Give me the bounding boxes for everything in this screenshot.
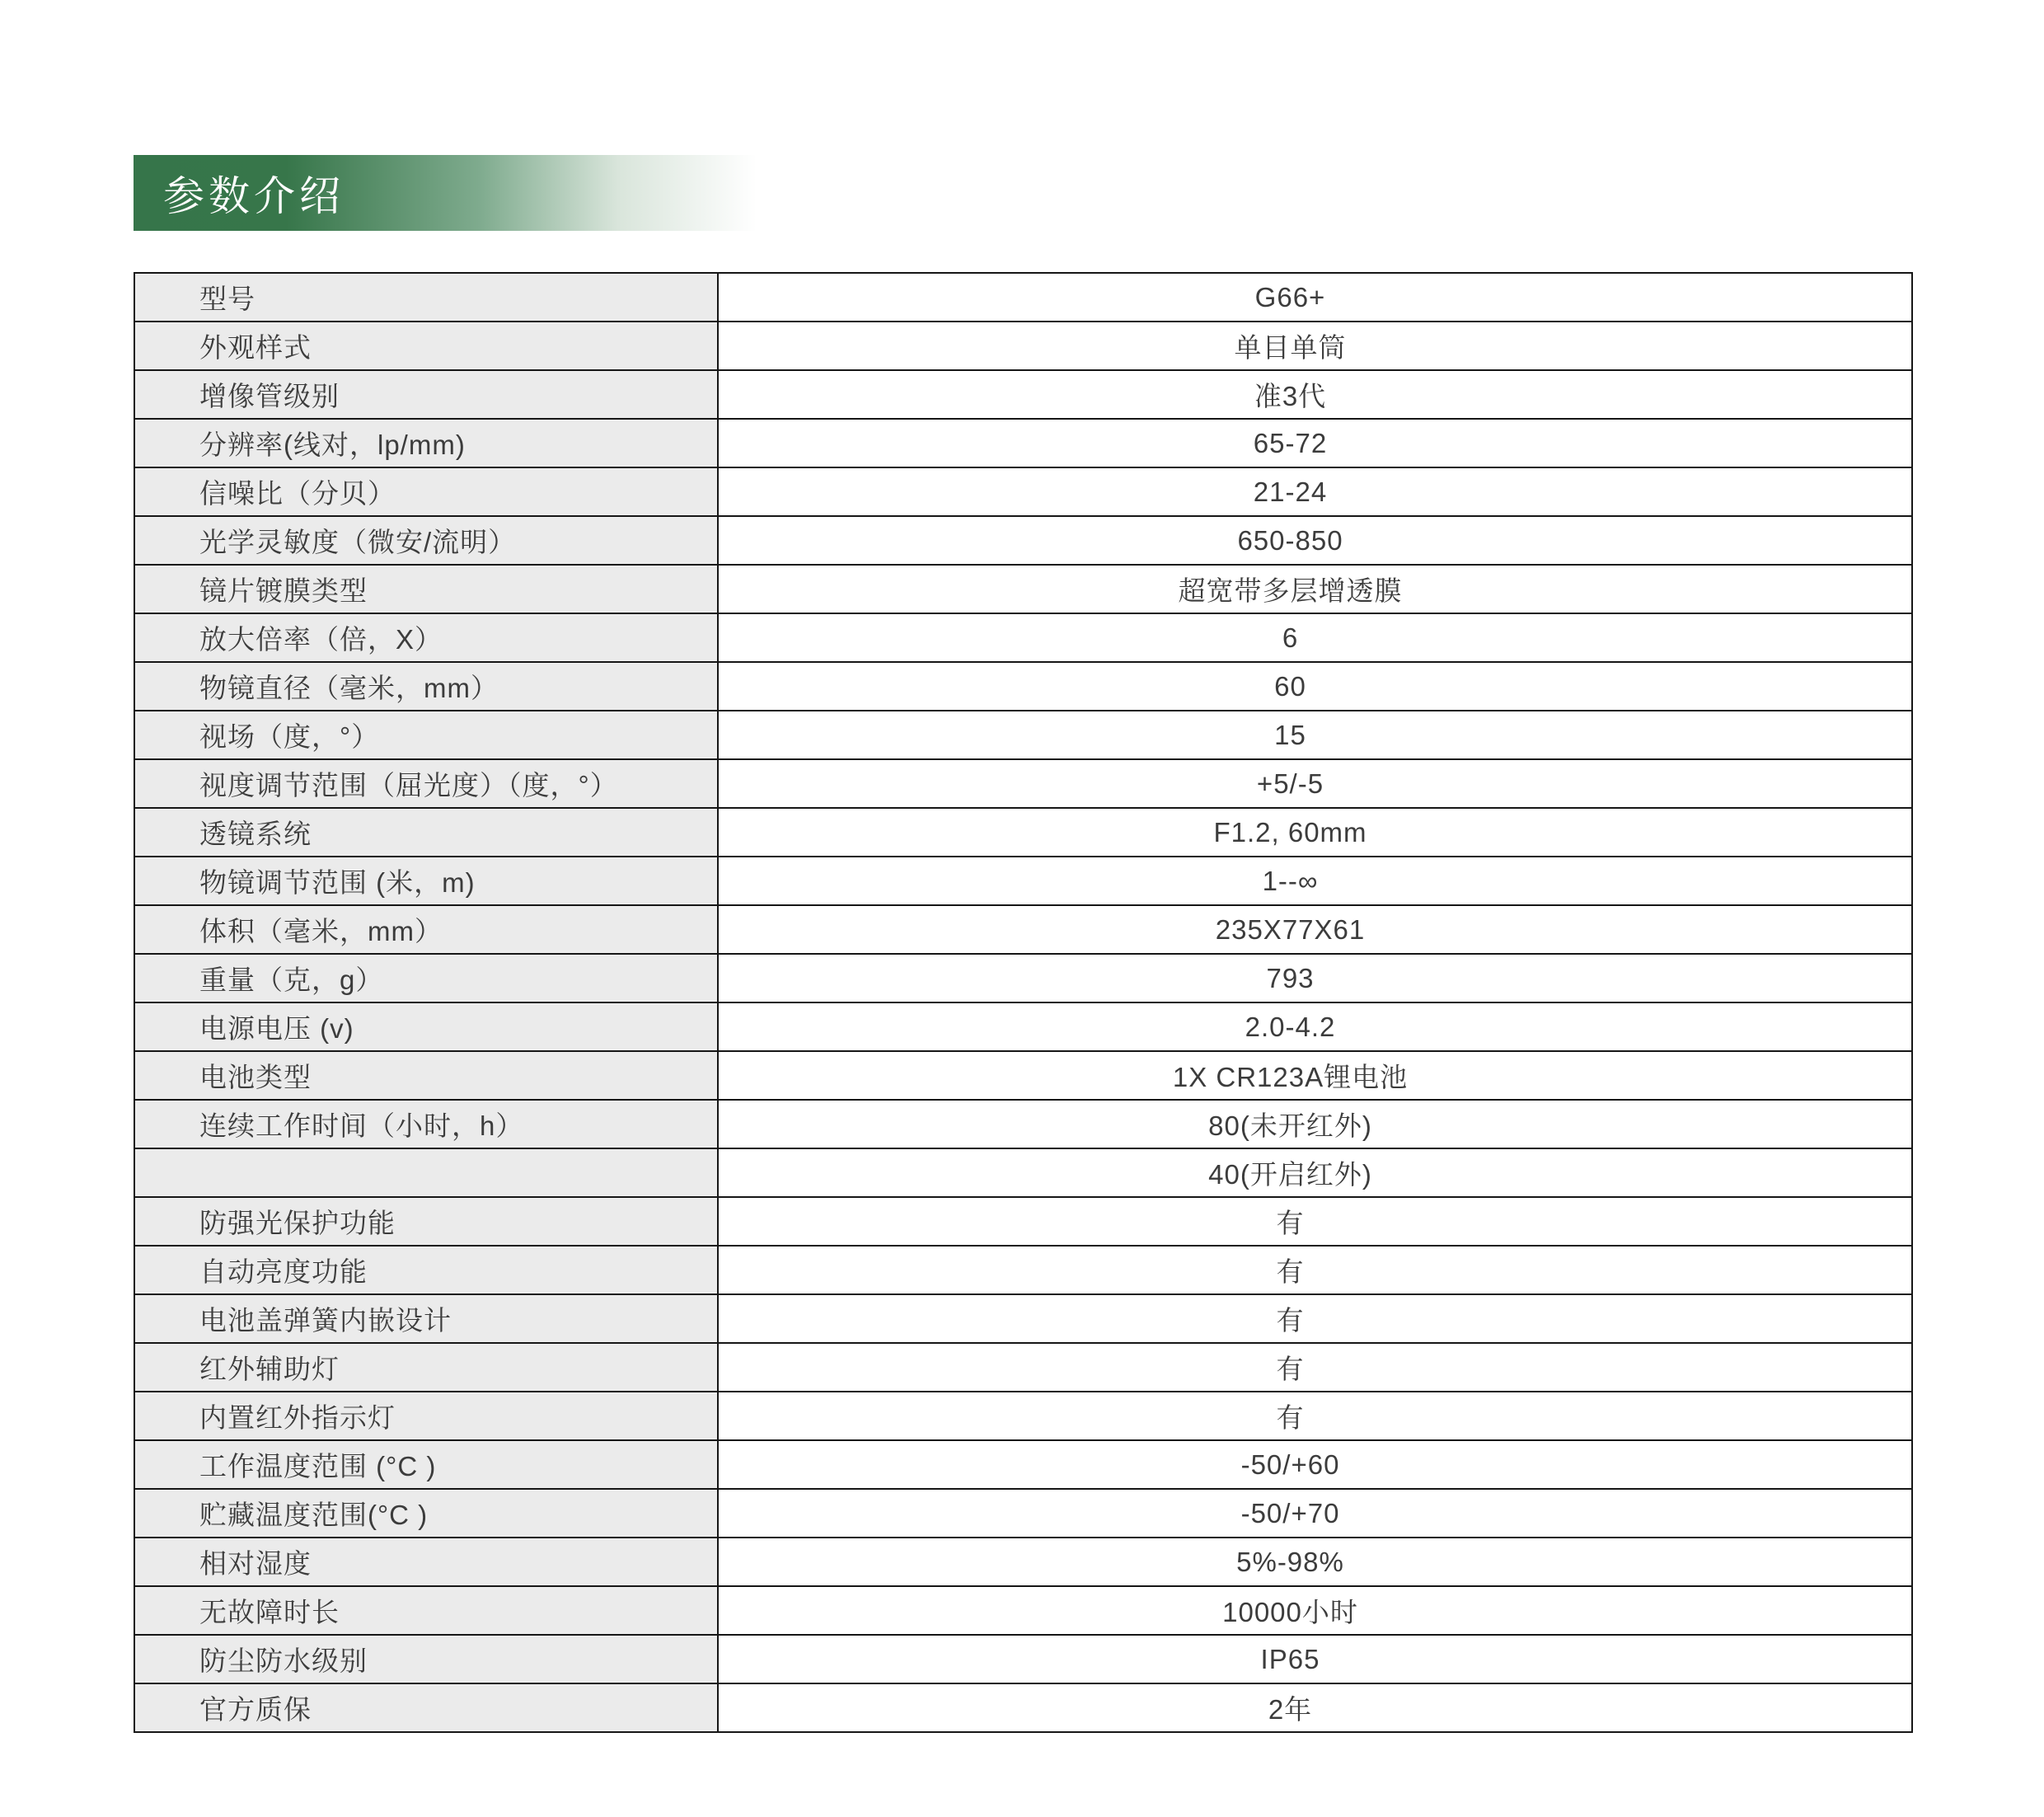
param-name-cell: 防尘防水级别 [134, 1635, 718, 1683]
param-value-cell: 有 [718, 1294, 1912, 1343]
param-value-cell: 80(未开红外) [718, 1100, 1912, 1148]
param-name-cell: 增像管级别 [134, 370, 718, 419]
param-value-cell: 2年 [718, 1683, 1912, 1732]
param-value-cell: 有 [718, 1343, 1912, 1392]
param-value-cell: 10000小时 [718, 1586, 1912, 1635]
spec-row: 贮藏温度范围(°C ) -50/+70 [134, 1489, 1912, 1538]
spec-row: 物镜调节范围 (米，m) 1--∞ [134, 857, 1912, 905]
param-value-cell: 5%-98% [718, 1538, 1912, 1586]
param-value-cell: 有 [718, 1197, 1912, 1246]
param-value-cell: F1.2, 60mm [718, 808, 1912, 857]
param-name-cell: 视度调节范围（屈光度）（度，°） [134, 759, 718, 808]
param-name-cell: 官方质保 [134, 1683, 718, 1732]
param-value-cell: G66+ [718, 273, 1912, 322]
spec-row: 物镜直径（毫米，mm） 60 [134, 662, 1912, 711]
spec-row: 分辨率(线对，lp/mm) 65-72 [134, 419, 1912, 467]
param-name-cell: 光学灵敏度（微安/流明） [134, 516, 718, 565]
param-value-cell: 有 [718, 1246, 1912, 1294]
spec-row: 自动亮度功能 有 [134, 1246, 1912, 1294]
param-name-cell: 贮藏温度范围(°C ) [134, 1489, 718, 1538]
param-name-cell: 电池类型 [134, 1051, 718, 1100]
param-value-cell: 650-850 [718, 516, 1912, 565]
spec-row: 工作温度范围 (°C ) -50/+60 [134, 1440, 1912, 1489]
spec-row: 电源电压 (v) 2.0-4.2 [134, 1002, 1912, 1051]
param-name-cell: 型号 [134, 273, 718, 322]
param-value-cell: 40(开启红外) [718, 1148, 1912, 1197]
param-name-cell: 物镜直径（毫米，mm） [134, 662, 718, 711]
param-name-cell: 透镜系统 [134, 808, 718, 857]
section-header-banner: 参数介绍 [134, 155, 826, 231]
spec-row: 相对湿度 5%-98% [134, 1538, 1912, 1586]
section-title: 参数介绍 [163, 163, 345, 223]
param-name-cell: 无故障时长 [134, 1586, 718, 1635]
param-name-cell: 连续工作时间（小时，h） [134, 1100, 718, 1148]
param-value-cell: -50/+60 [718, 1440, 1912, 1489]
param-value-cell: 超宽带多层增透膜 [718, 565, 1912, 613]
param-name-cell: 视场（度，°） [134, 711, 718, 759]
param-value-cell: 1X CR123A锂电池 [718, 1051, 1912, 1100]
spec-row: 外观样式 单目单筒 [134, 322, 1912, 370]
param-name-cell: 防强光保护功能 [134, 1197, 718, 1246]
param-value-cell: 235X77X61 [718, 905, 1912, 954]
spec-row: 防强光保护功能 有 [134, 1197, 1912, 1246]
spec-row: 防尘防水级别 IP65 [134, 1635, 1912, 1683]
param-value-cell: 2.0-4.2 [718, 1002, 1912, 1051]
spec-row: 体积（毫米，mm） 235X77X61 [134, 905, 1912, 954]
param-value-cell: IP65 [718, 1635, 1912, 1683]
param-name-cell: 自动亮度功能 [134, 1246, 718, 1294]
spec-row: 视度调节范围（屈光度）（度，°） +5/-5 [134, 759, 1912, 808]
param-value-cell: 有 [718, 1392, 1912, 1440]
spec-row: 40(开启红外) [134, 1148, 1912, 1197]
spec-row: 信噪比（分贝） 21-24 [134, 467, 1912, 516]
param-value-cell: 21-24 [718, 467, 1912, 516]
param-name-cell: 工作温度范围 (°C ) [134, 1440, 718, 1489]
param-value-cell: 6 [718, 613, 1912, 662]
param-value-cell: 1--∞ [718, 857, 1912, 905]
param-value-cell: 15 [718, 711, 1912, 759]
spec-row: 电池盖弹簧内嵌设计 有 [134, 1294, 1912, 1343]
param-name-cell: 电源电压 (v) [134, 1002, 718, 1051]
spec-row: 镜片镀膜类型 超宽带多层增透膜 [134, 565, 1912, 613]
spec-row: 增像管级别 准3代 [134, 370, 1912, 419]
param-name-cell: 电池盖弹簧内嵌设计 [134, 1294, 718, 1343]
param-name-cell: 相对湿度 [134, 1538, 718, 1586]
spec-table: 型号 G66+ 外观样式 单目单筒 增像管级别 准3代 分辨率(线对，lp/mm… [134, 272, 1913, 1733]
param-value-cell: -50/+70 [718, 1489, 1912, 1538]
spec-row: 型号 G66+ [134, 273, 1912, 322]
param-value-cell: 793 [718, 954, 1912, 1002]
param-name-cell: 红外辅助灯 [134, 1343, 718, 1392]
param-name-cell: 内置红外指示灯 [134, 1392, 718, 1440]
param-value-cell: 准3代 [718, 370, 1912, 419]
spec-row: 官方质保 2年 [134, 1683, 1912, 1732]
param-name-cell [134, 1148, 718, 1197]
param-name-cell: 重量（克，g） [134, 954, 718, 1002]
param-name-cell: 分辨率(线对，lp/mm) [134, 419, 718, 467]
spec-row: 视场（度，°） 15 [134, 711, 1912, 759]
param-value-cell: +5/-5 [718, 759, 1912, 808]
spec-row: 重量（克，g） 793 [134, 954, 1912, 1002]
spec-row: 内置红外指示灯 有 [134, 1392, 1912, 1440]
param-name-cell: 物镜调节范围 (米，m) [134, 857, 718, 905]
param-name-cell: 信噪比（分贝） [134, 467, 718, 516]
param-name-cell: 放大倍率（倍，X） [134, 613, 718, 662]
spec-row: 无故障时长 10000小时 [134, 1586, 1912, 1635]
spec-row: 透镜系统 F1.2, 60mm [134, 808, 1912, 857]
param-name-cell: 外观样式 [134, 322, 718, 370]
spec-row: 连续工作时间（小时，h） 80(未开红外) [134, 1100, 1912, 1148]
spec-table-body: 型号 G66+ 外观样式 单目单筒 增像管级别 准3代 分辨率(线对，lp/mm… [134, 273, 1912, 1732]
spec-row: 红外辅助灯 有 [134, 1343, 1912, 1392]
param-name-cell: 体积（毫米，mm） [134, 905, 718, 954]
param-name-cell: 镜片镀膜类型 [134, 565, 718, 613]
spec-row: 放大倍率（倍，X） 6 [134, 613, 1912, 662]
spec-row: 光学灵敏度（微安/流明） 650-850 [134, 516, 1912, 565]
param-value-cell: 60 [718, 662, 1912, 711]
param-value-cell: 单目单筒 [718, 322, 1912, 370]
param-value-cell: 65-72 [718, 419, 1912, 467]
spec-row: 电池类型 1X CR123A锂电池 [134, 1051, 1912, 1100]
